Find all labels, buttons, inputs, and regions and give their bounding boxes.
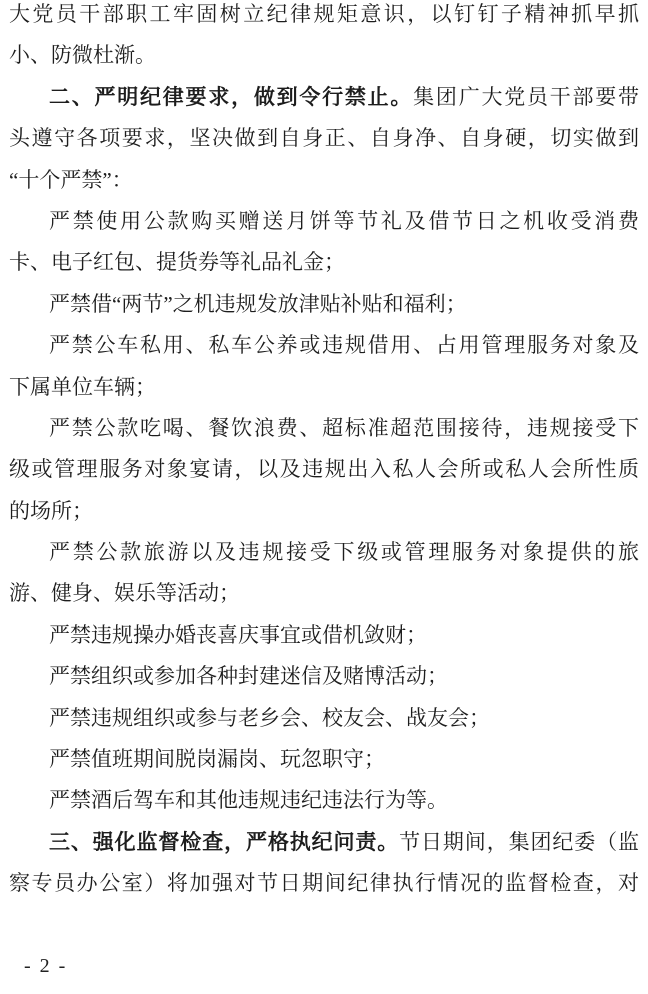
text-line: 下属单位车辆； xyxy=(9,367,639,408)
body-text-segment: 游、健身、娱乐等活动； xyxy=(9,581,240,605)
body-text-segment: 严禁使用公款购买赠送月饼等节礼及借节日之机收受消费 xyxy=(49,209,639,233)
text-line: “十个严禁”： xyxy=(9,160,639,201)
body-text-segment: “十个严禁”： xyxy=(9,168,133,192)
body-text-segment: 严禁借“两节”之机违规发放津贴补贴和福利； xyxy=(49,292,467,316)
text-line: 严禁公款旅游以及违规接受下级或管理服务对象提供的旅 xyxy=(9,532,639,573)
body-text-segment: 严禁违规组织或参与老乡会、校友会、战友会； xyxy=(49,706,490,730)
text-line: 游、健身、娱乐等活动； xyxy=(9,573,639,614)
text-line: 严禁公车私用、私车公养或违规借用、占用管理服务对象及 xyxy=(9,325,639,366)
body-text-segment: 严禁公车私用、私车公养或违规借用、占用管理服务对象及 xyxy=(49,333,639,357)
text-line: 严禁违规操办婚丧喜庆事宜或借机敛财； xyxy=(9,615,639,656)
text-line: 严禁借“两节”之机违规发放津贴补贴和福利； xyxy=(9,284,639,325)
body-text-segment: 严禁公款旅游以及违规接受下级或管理服务对象提供的旅 xyxy=(49,540,639,564)
text-line: 严禁酒后驾车和其他违规违纪违法行为等。 xyxy=(9,780,639,821)
text-line: 严禁值班期间脱岗漏岗、玩忽职守； xyxy=(9,739,639,780)
body-text-segment: 严禁酒后驾车和其他违规违纪违法行为等。 xyxy=(49,788,448,812)
text-line: 严禁公款吃喝、餐饮浪费、超标准超范围接待，违规接受下 xyxy=(9,408,639,449)
text-line: 二、严明纪律要求，做到令行禁止。集团广大党员干部要带 xyxy=(9,77,639,118)
text-line: 的场所； xyxy=(9,491,639,532)
body-text-segment: 集团广大党员干部要带 xyxy=(413,85,639,109)
body-text-segment: 大党员干部职工牢固树立纪律规矩意识，以钉钉子精神抓早抓 xyxy=(9,2,639,26)
body-text-segment: 小、防微杜渐。 xyxy=(9,43,156,67)
body-text-segment: 察专员办公室）将加强对节日期间纪律执行情况的监督检查，对 xyxy=(9,871,639,895)
text-line: 小、防微杜渐。 xyxy=(9,35,639,76)
body-text-segment: 卡、电子红包、提货券等礼品礼金； xyxy=(9,250,345,274)
heading-text-segment: 二、严明纪律要求，做到令行禁止。 xyxy=(49,86,413,109)
body-text-segment: 严禁值班期间脱岗漏岗、玩忽职守； xyxy=(49,747,385,771)
document-body: 大党员干部职工牢固树立纪律规矩意识，以钉钉子精神抓早抓小、防微杜渐。二、严明纪律… xyxy=(0,0,648,905)
text-line: 察专员办公室）将加强对节日期间纪律执行情况的监督检查，对 xyxy=(9,863,639,904)
body-text-segment: 严禁公款吃喝、餐饮浪费、超标准超范围接待，违规接受下 xyxy=(49,416,639,440)
text-line: 大党员干部职工牢固树立纪律规矩意识，以钉钉子精神抓早抓 xyxy=(9,0,639,35)
body-text-segment: 严禁违规操办婚丧喜庆事宜或借机敛财； xyxy=(49,623,427,647)
document-page: 大党员干部职工牢固树立纪律规矩意识，以钉钉子精神抓早抓小、防微杜渐。二、严明纪律… xyxy=(0,0,648,994)
body-text-segment: 节日期间，集团纪委（监 xyxy=(399,830,639,854)
body-text-segment: 头遵守各项要求，坚决做到自身正、自身净、自身硬，切实做到 xyxy=(9,126,639,150)
text-line: 头遵守各项要求，坚决做到自身正、自身净、自身硬，切实做到 xyxy=(9,118,639,159)
page-number: - 2 - xyxy=(24,955,67,978)
text-line: 严禁违规组织或参与老乡会、校友会、战友会； xyxy=(9,698,639,739)
body-text-segment: 的场所； xyxy=(9,499,93,523)
text-line: 级或管理服务对象宴请，以及违规出入私人会所或私人会所性质 xyxy=(9,449,639,490)
body-text-segment: 下属单位车辆； xyxy=(9,375,156,399)
body-text-segment: 严禁组织或参加各种封建迷信及赌博活动； xyxy=(49,664,448,688)
text-line: 卡、电子红包、提货券等礼品礼金； xyxy=(9,242,639,283)
text-line: 三、强化监督检查，严格执纪问责。节日期间，集团纪委（监 xyxy=(9,822,639,863)
body-text-segment: 级或管理服务对象宴请，以及违规出入私人会所或私人会所性质 xyxy=(9,457,639,481)
text-line: 严禁组织或参加各种封建迷信及赌博活动； xyxy=(9,656,639,697)
text-line: 严禁使用公款购买赠送月饼等节礼及借节日之机收受消费 xyxy=(9,201,639,242)
heading-text-segment: 三、强化监督检查，严格执纪问责。 xyxy=(49,831,399,854)
